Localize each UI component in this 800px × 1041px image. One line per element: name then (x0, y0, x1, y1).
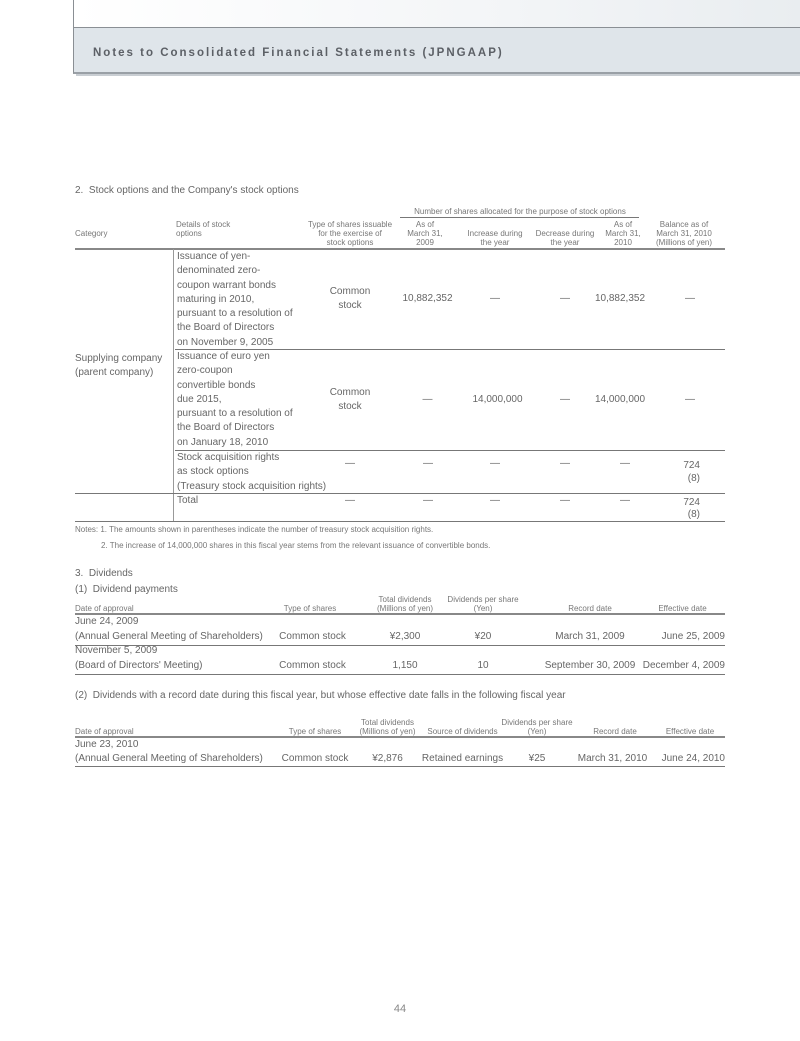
d1-row-2-rule (75, 674, 725, 675)
col-increase-2: the year (455, 238, 535, 247)
d2-row-1-date: June 23, 2010 (75, 739, 138, 751)
type-line: Common (315, 386, 385, 400)
d2-col-effective: Effective date (655, 727, 725, 736)
d2-row-1-type: Common stock (275, 753, 355, 765)
row-1-balance: — (670, 293, 710, 305)
row-1-details: Issuance of yen- denominated zero- coupo… (177, 250, 293, 350)
category-line: Supplying company (75, 352, 162, 366)
d1-col-total-1: Total dividends (365, 595, 445, 604)
total-as-of-2010: — (605, 495, 645, 507)
row-2-type: Common stock (315, 386, 385, 415)
d1-row-2-total: 1,150 (365, 660, 445, 672)
col-increase-1: Increase during (455, 229, 535, 238)
col-asof2009-3: 2009 (400, 238, 450, 247)
row-3-increase: — (475, 458, 515, 470)
row-2-decrease: — (545, 394, 585, 406)
d2-col-per-share-2: (Yen) (497, 727, 577, 736)
section-2-title: 2. Stock options and the Company's stock… (75, 185, 299, 197)
details-line: on November 9, 2005 (177, 336, 293, 350)
details-line: pursuant to a resolution of (177, 307, 293, 321)
d2-col-source: Source of dividends (420, 727, 505, 736)
col-type-3: stock options (300, 238, 400, 247)
note-1: Notes: 1. The amounts shown in parenthes… (75, 525, 433, 534)
d1-row-2-date: November 5, 2009 (75, 645, 157, 657)
d2-row-1-meeting: (Annual General Meeting of Shareholders) (75, 753, 263, 765)
d1-col-date: Date of approval (75, 604, 134, 613)
note-2: 2. The increase of 14,000,000 shares in … (101, 541, 490, 550)
d1-col-per-share-2: (Yen) (443, 604, 523, 613)
details-line: Stock acquisition rights (177, 451, 326, 465)
details-line: as stock options (177, 465, 326, 479)
category-line: (parent company) (75, 366, 162, 380)
group-header-rule (400, 217, 639, 218)
d1-col-total-2: (Millions of yen) (365, 604, 445, 613)
col-type-2: for the exercise of (300, 229, 400, 238)
d2-col-record: Record date (580, 727, 650, 736)
details-line: due 2015, (177, 393, 293, 407)
d1-col-effective: Effective date (640, 604, 725, 613)
col-decrease-2: the year (525, 238, 605, 247)
d1-row-1-rule (75, 645, 725, 646)
type-line: Common (315, 285, 385, 299)
details-line: on January 18, 2010 (177, 436, 293, 450)
total-balance-amount: 724 (660, 497, 700, 509)
row-2-details: Issuance of euro yen zero-coupon convert… (177, 350, 293, 450)
row-3-as-of-2010: — (605, 458, 645, 470)
col-asof2010-1: As of (598, 220, 648, 229)
row-3-decrease: — (545, 458, 585, 470)
details-line: Issuance of yen- (177, 250, 293, 264)
d1-row-2-effective: December 4, 2009 (630, 660, 725, 672)
d1-row-1-date: June 24, 2009 (75, 616, 138, 628)
d1-row-1-type: Common stock (270, 631, 355, 643)
row-3-balance-treasury: (8) (660, 473, 700, 485)
row-2-as-of-2009: — (410, 394, 445, 406)
row-3-rule (75, 493, 725, 494)
d2-row-1-per-share: ¥25 (507, 753, 567, 765)
details-line: pursuant to a resolution of (177, 407, 293, 421)
details-line: denominated zero- (177, 264, 293, 278)
type-line: stock (315, 400, 385, 414)
details-line: Issuance of euro yen (177, 350, 293, 364)
page-number: 44 (0, 1003, 800, 1015)
d2-row-1-source: Retained earnings (415, 753, 510, 765)
col-balance-2: March 31, 2010 (644, 229, 724, 238)
col-balance-1: Balance as of (644, 220, 724, 229)
d1-col-per-share-1: Dividends per share (443, 595, 523, 604)
col-balance-3: (Millions of yen) (644, 238, 724, 247)
d2-col-total-1: Total dividends (350, 718, 425, 727)
total-as-of-2009: — (408, 495, 448, 507)
row-3-as-of-2009: — (408, 458, 448, 470)
sub-1-title: (1) Dividend payments (75, 584, 178, 596)
row-1-increase: — (470, 293, 520, 305)
col-asof2010-2: March 31, (598, 229, 648, 238)
d2-col-type: Type of shares (280, 727, 350, 736)
total-decrease: — (545, 495, 585, 507)
row-3-type: — (330, 458, 370, 470)
details-line: zero-coupon (177, 364, 293, 378)
total-label: Total (177, 495, 198, 507)
col-asof2010-3: 2010 (598, 238, 648, 247)
col-category: Category (75, 229, 107, 238)
d1-header-rule (75, 613, 725, 615)
d2-row-1-effective: June 24, 2010 (645, 753, 725, 765)
total-rule (75, 521, 725, 522)
header-shadow (76, 74, 800, 76)
row-3-balance-amount: 724 (660, 460, 700, 472)
d2-row-1-rule (75, 766, 725, 767)
d2-row-1-record: March 31, 2010 (570, 753, 655, 765)
total-increase: — (475, 495, 515, 507)
type-line: stock (315, 299, 385, 313)
col-details-line-2: options (176, 229, 202, 238)
details-line: coupon warrant bonds (177, 279, 293, 293)
total-type: — (330, 495, 370, 507)
d2-row-1-total: ¥2,876 (350, 753, 425, 765)
d1-row-1-meeting: (Annual General Meeting of Shareholders) (75, 631, 263, 643)
d1-row-1-total: ¥2,300 (365, 631, 445, 643)
col-asof2009-2: March 31, (400, 229, 450, 238)
d2-col-date: Date of approval (75, 727, 134, 736)
group-header: Number of shares allocated for the purpo… (400, 207, 640, 216)
row-3-details: Stock acquisition rights as stock option… (177, 451, 326, 494)
d2-col-total-2: (Millions of yen) (350, 727, 425, 736)
col-type-1: Type of shares issuable (300, 220, 400, 229)
d1-col-type: Type of shares (270, 604, 350, 613)
section-3-title: 3. Dividends (75, 568, 133, 580)
d1-row-1-per-share: ¥20 (443, 631, 523, 643)
row-1-type: Common stock (315, 285, 385, 314)
details-line: the Board of Directors (177, 421, 293, 435)
col-decrease-1: Decrease during (525, 229, 605, 238)
d1-row-1-effective: June 25, 2009 (630, 631, 725, 643)
row-2-balance: — (670, 394, 710, 406)
d1-row-2-record: September 30, 2009 (535, 660, 645, 672)
d1-row-2-type: Common stock (270, 660, 355, 672)
col-asof2009-1: As of (400, 220, 450, 229)
d1-row-1-record: March 31, 2009 (535, 631, 645, 643)
d2-header-rule (75, 736, 725, 738)
d1-row-2-meeting: (Board of Directors' Meeting) (75, 660, 203, 672)
row-1-as-of-2010: 10,882,352 (585, 293, 655, 305)
sub-2-title: (2) Dividends with a record date during … (75, 690, 566, 702)
header-top-panel (73, 0, 800, 28)
row-2-as-of-2010: 14,000,000 (585, 394, 655, 406)
d2-col-per-share-1: Dividends per share (497, 718, 577, 727)
details-line: maturing in 2010, (177, 293, 293, 307)
details-line: the Board of Directors (177, 321, 293, 335)
col-details-line-1: Details of stock (176, 220, 230, 229)
category-divider (173, 249, 174, 521)
details-line: convertible bonds (177, 379, 293, 393)
total-balance-treasury: (8) (660, 509, 700, 521)
category-value: Supplying company (parent company) (75, 352, 162, 381)
d1-col-record: Record date (540, 604, 640, 613)
details-line: (Treasury stock acquisition rights) (177, 480, 326, 494)
d1-row-2-per-share: 10 (443, 660, 523, 672)
row-1-decrease: — (545, 293, 585, 305)
row-2-increase: 14,000,000 (460, 394, 535, 406)
page-title: Notes to Consolidated Financial Statemen… (93, 47, 504, 59)
row-1-as-of-2009: 10,882,352 (395, 293, 460, 305)
